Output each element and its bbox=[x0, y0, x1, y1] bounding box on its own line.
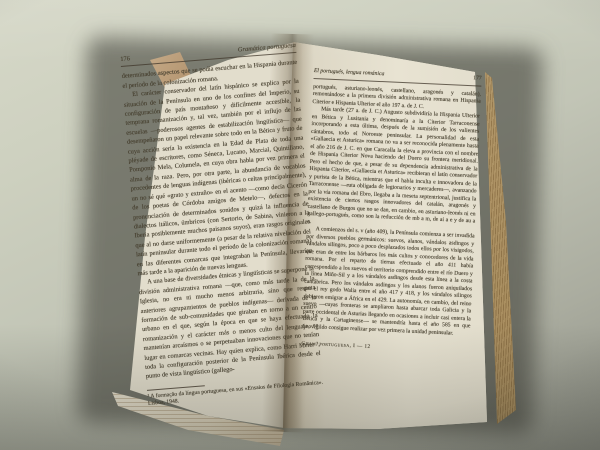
left-running-title: Gramática portuguesa bbox=[238, 41, 297, 55]
left-paragraph-3: A una base de diversidades étnicas y lin… bbox=[138, 265, 322, 382]
right-paragraph-2: Más tarde (27 a. de J. C.) Augusto subdi… bbox=[307, 106, 480, 233]
left-page-number: 176 bbox=[120, 54, 130, 64]
photo-background: 176 Gramática portuguesa determinados as… bbox=[0, 0, 600, 450]
right-page-number: 177 bbox=[473, 75, 482, 83]
left-paragraph-2: El carácter conservador del latín hispán… bbox=[123, 77, 314, 279]
right-page-content: El portugués, lengua románica 177 portug… bbox=[301, 68, 482, 356]
open-book: 176 Gramática portuguesa determinados as… bbox=[88, 22, 548, 442]
left-page-content: 176 Gramática portuguesa determinados as… bbox=[120, 41, 324, 409]
right-paragraph-3: A comienzos del s. v (año 409), la Penín… bbox=[302, 226, 475, 339]
